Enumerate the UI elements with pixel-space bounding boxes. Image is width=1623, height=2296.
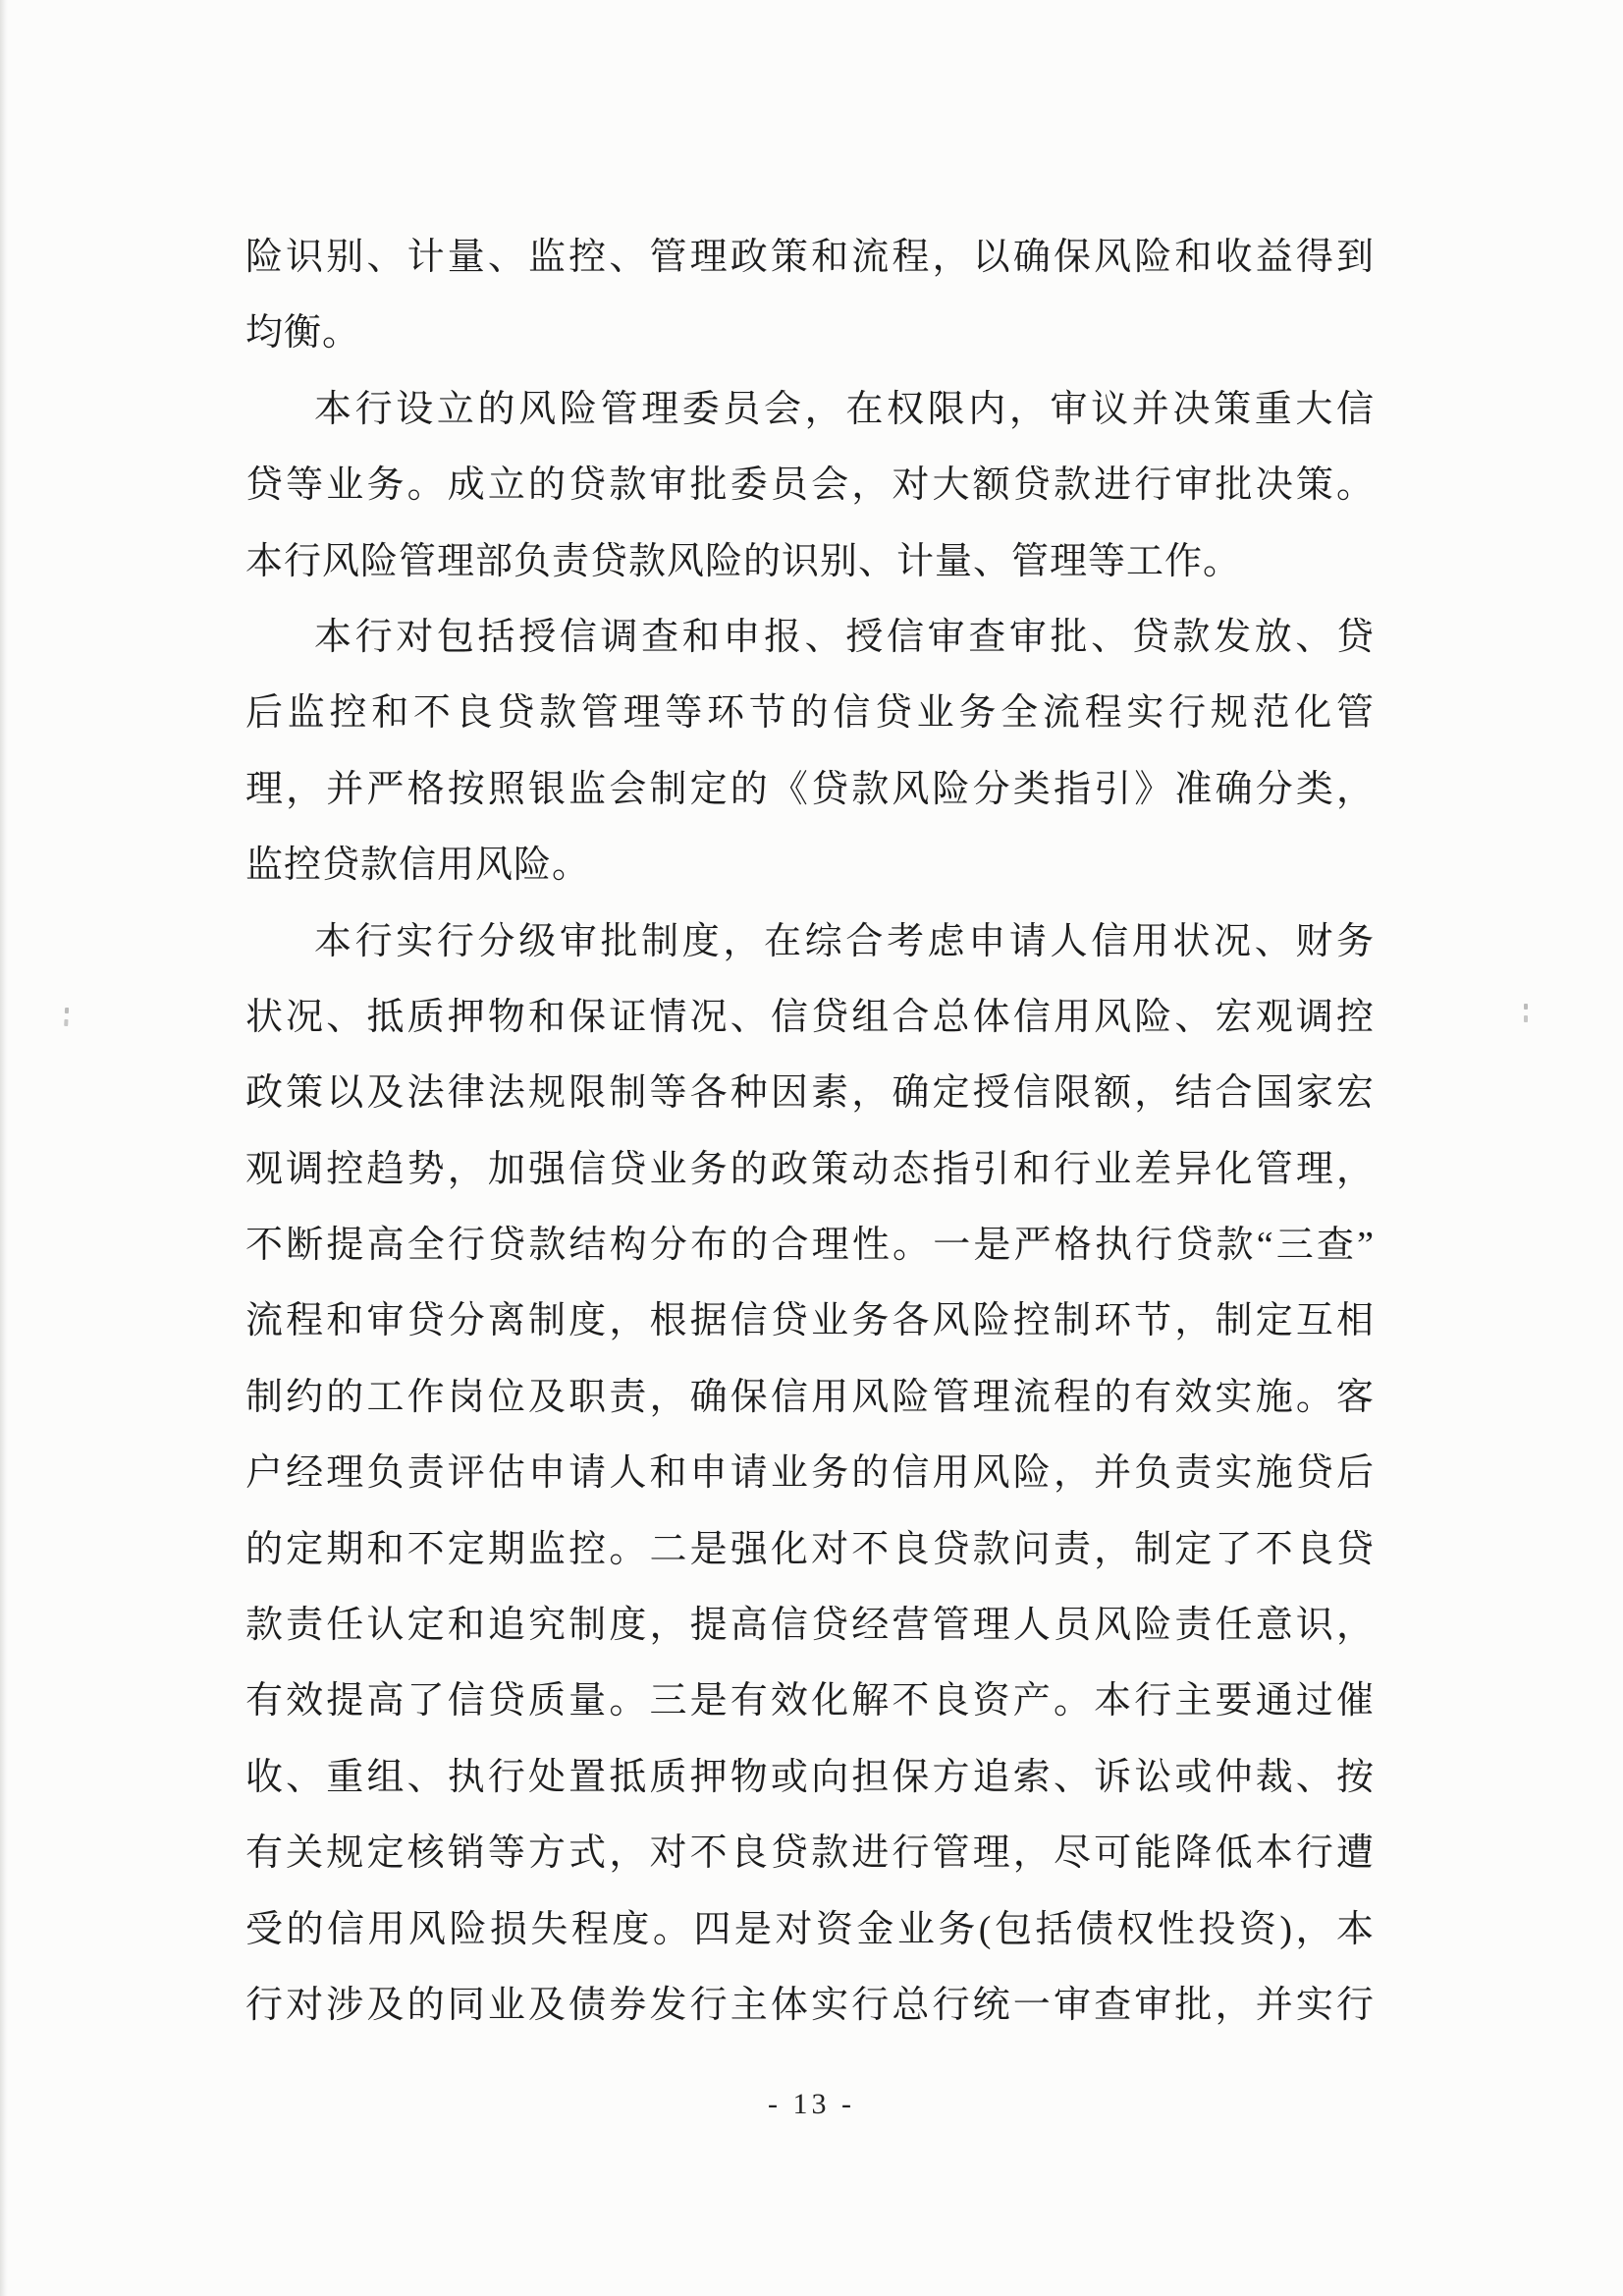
text-line: 受的信用风险损失程度。四是对资金业务(包括债权性投资)，本 [245, 1892, 1375, 1968]
text-line: 险识别、计量、监控、管理政策和流程，以确保风险和收益得到 [245, 220, 1375, 296]
page-number: - 13 - [0, 2088, 1623, 2121]
text-line: 制约的工作岗位及职责，确保信用风险管理流程的有效实施。客 [245, 1360, 1375, 1436]
scan-smudge-artifact [1524, 1004, 1528, 1010]
document-page: 险识别、计量、监控、管理政策和流程，以确保风险和收益得到 均衡。 本行设立的风险… [0, 0, 1623, 2296]
text-line: 本行设立的风险管理委员会，在权限内，审议并决策重大信 [245, 372, 1375, 448]
scan-smudge-artifact [65, 1008, 69, 1013]
text-line: 行对涉及的同业及债券发行主体实行总行统一审查审批，并实行 [245, 1968, 1375, 2044]
text-line: 的定期和不定期监控。二是强化对不良贷款问责，制定了不良贷 [245, 1512, 1375, 1588]
text-line: 政策以及法律法规限制等各种因素，确定授信限额，结合国家宏 [245, 1056, 1375, 1131]
text-line: 本行实行分级审批制度，在综合考虑申请人信用状况、财务 [245, 904, 1375, 980]
text-line: 状况、抵质押物和保证情况、信贷组合总体信用风险、宏观调控 [245, 980, 1375, 1056]
text-line: 监控贷款信用风险。 [245, 828, 1375, 903]
text-line: 户经理负责评估申请人和申请业务的信用风险，并负责实施贷后 [245, 1436, 1375, 1511]
text-line: 收、重组、执行处置抵质押物或向担保方追索、诉讼或仲裁、按 [245, 1740, 1375, 1816]
document-body: 险识别、计量、监控、管理政策和流程，以确保风险和收益得到 均衡。 本行设立的风险… [245, 220, 1375, 2044]
text-line: 理，并严格按照银监会制定的《贷款风险分类指引》准确分类， [245, 752, 1375, 828]
text-line: 有效提高了信贷质量。三是有效化解不良资产。本行主要通过催 [245, 1664, 1375, 1739]
text-line: 流程和审贷分离制度，根据信贷业务各风险控制环节，制定互相 [245, 1284, 1375, 1359]
text-line: 观调控趋势，加强信贷业务的政策动态指引和行业差异化管理， [245, 1132, 1375, 1208]
text-line: 有关规定核销等方式，对不良贷款进行管理，尽可能降低本行遭 [245, 1816, 1375, 1891]
scan-edge-artifact [0, 0, 8, 2296]
text-line: 本行风险管理部负责贷款风险的识别、计量、管理等工作。 [245, 524, 1375, 600]
text-line: 本行对包括授信调查和申报、授信审查审批、贷款发放、贷 [245, 600, 1375, 676]
text-line: 不断提高全行贷款结构分布的合理性。一是严格执行贷款“三查” [245, 1208, 1375, 1284]
text-line: 后监控和不良贷款管理等环节的信贷业务全流程实行规范化管 [245, 676, 1375, 751]
text-line: 均衡。 [245, 296, 1375, 371]
text-line: 款责任认定和追究制度，提高信贷经营管理人员风险责任意识， [245, 1588, 1375, 1664]
text-line: 贷等业务。成立的贷款审批委员会，对大额贷款进行审批决策。 [245, 448, 1375, 523]
